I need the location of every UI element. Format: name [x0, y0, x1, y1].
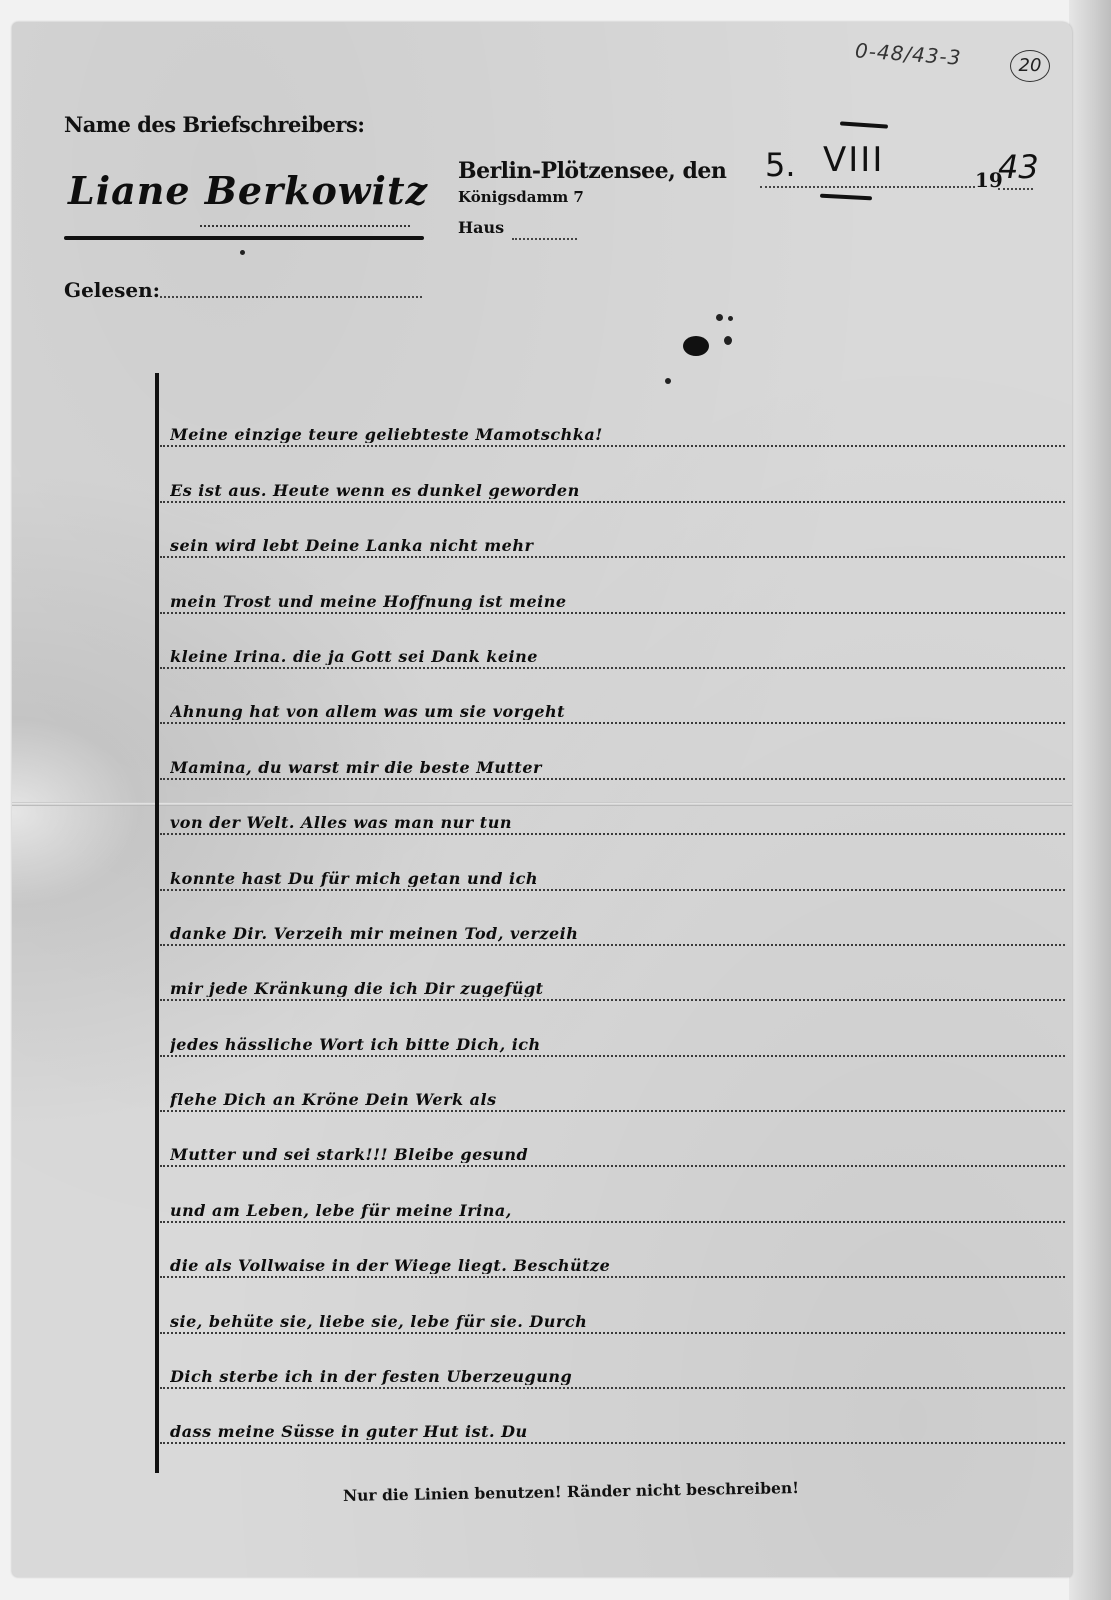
letter-line-text: dass meine Süsse in guter Hut ist. Du: [170, 1424, 1065, 1440]
letter-line-text: Ahnung hat von allem was um sie vorgeht: [170, 704, 1065, 720]
letter-line-text: jedes hässliche Wort ich bitte Dich, ich: [170, 1037, 1065, 1053]
letter-line: mein Trost und meine Hoffnung ist meine: [160, 558, 1065, 613]
letter-line: flehe Dich an Kröne Dein Werk als: [160, 1057, 1065, 1112]
read-by-dotted-line: [160, 296, 422, 298]
letter-line-text: Meine einzige teure geliebteste Mamotsch…: [170, 427, 1065, 443]
letter-line: die als Vollwaise in der Wiege liegt. Be…: [160, 1223, 1065, 1278]
street-address: Königsdamm 7: [458, 188, 584, 206]
page-number-circled: 20: [1010, 50, 1050, 82]
ink-speck: [240, 250, 245, 255]
letter-line-text: und am Leben, lebe für meine Irina,: [170, 1203, 1065, 1219]
letter-line: mir jede Kränkung die ich Dir zugefügt: [160, 946, 1065, 1001]
letter-line-text: sein wird lebt Deine Lanka nicht mehr: [170, 538, 1065, 554]
letter-line-text: flehe Dich an Kröne Dein Werk als: [170, 1092, 1065, 1108]
letter-line: Mamina, du warst mir die beste Mutter: [160, 724, 1065, 779]
letter-line: sein wird lebt Deine Lanka nicht mehr: [160, 503, 1065, 558]
letter-line-text: Mamina, du warst mir die beste Mutter: [170, 760, 1065, 776]
letter-line: und am Leben, lebe für meine Irina,: [160, 1167, 1065, 1222]
place-label: Berlin-Plötzensee, den: [458, 158, 726, 184]
letter-line-text: von der Welt. Alles was man nur tun: [170, 815, 1065, 831]
date-month-roman: VIII: [823, 140, 884, 180]
year-dotted-line: [998, 188, 1033, 190]
letter-line-text: mir jede Kränkung die ich Dir zugefügt: [170, 981, 1065, 997]
ink-speck: [724, 336, 732, 345]
letter-line: Meine einzige teure geliebteste Mamotsch…: [160, 392, 1065, 447]
letter-line-text: mein Trost und meine Hoffnung ist meine: [170, 594, 1065, 610]
letter-line: Dich sterbe ich in der festen Überzeugun…: [160, 1334, 1065, 1389]
ink-speck: [716, 314, 723, 321]
letter-line: dass meine Süsse in guter Hut ist. Du: [160, 1389, 1065, 1444]
letter-line: Es ist aus. Heute wenn es dunkel geworde…: [160, 447, 1065, 502]
letter-line-text: kleine Irina. die ja Gott sei Dank keine: [170, 649, 1065, 665]
read-by-label: Gelesen:: [64, 278, 160, 302]
house-dotted-line: [512, 238, 577, 240]
date-day: 5.: [765, 146, 796, 184]
ink-blot: [683, 336, 709, 356]
date-dotted-line: [760, 186, 975, 188]
ink-speck: [665, 378, 671, 384]
letter-line: kleine Irina. die ja Gott sei Dank keine: [160, 614, 1065, 669]
writer-name-label: Name des Briefschreibers:: [64, 112, 365, 137]
letter-line-text: danke Dir. Verzeih mir meinen Tod, verze…: [170, 926, 1065, 942]
letter-line: Mutter und sei stark!!! Bleibe gesund: [160, 1112, 1065, 1167]
letter-line: konnte hast Du für mich getan und ich: [160, 835, 1065, 890]
year-suffix-handwritten: 43: [998, 148, 1039, 186]
letter-line-text: Es ist aus. Heute wenn es dunkel geworde…: [170, 483, 1065, 499]
left-margin-rule: [155, 373, 159, 1473]
fold-wear: [12, 702, 162, 922]
writer-name-handwritten: Liane Berkowitz: [68, 168, 428, 213]
letter-line: jedes hässliche Wort ich bitte Dich, ich: [160, 1001, 1065, 1056]
letter-line: sie, behüte sie, liebe sie, lebe für sie…: [160, 1278, 1065, 1333]
letter-line: von der Welt. Alles was man nur tun: [160, 780, 1065, 835]
letter-line: danke Dir. Verzeih mir meinen Tod, verze…: [160, 891, 1065, 946]
writer-name-underline: [64, 236, 424, 240]
letter-line-text: Mutter und sei stark!!! Bleibe gesund: [170, 1147, 1065, 1163]
writer-name-dotted-line: [200, 225, 410, 227]
scan-edge: [1069, 0, 1111, 1600]
house-label: Haus: [458, 218, 504, 237]
letter-line: Ahnung hat von allem was um sie vorgeht: [160, 669, 1065, 724]
ink-speck: [728, 316, 733, 321]
letter-line-text: konnte hast Du für mich getan und ich: [170, 871, 1065, 887]
handwritten-letter-body: Meine einzige teure geliebteste Mamotsch…: [160, 392, 1065, 1444]
letter-line-text: die als Vollwaise in der Wiege liegt. Be…: [170, 1258, 1065, 1274]
letter-line-text: Dich sterbe ich in der festen Überzeugun…: [170, 1369, 1065, 1385]
letter-line-text: sie, behüte sie, liebe sie, lebe für sie…: [170, 1314, 1065, 1330]
